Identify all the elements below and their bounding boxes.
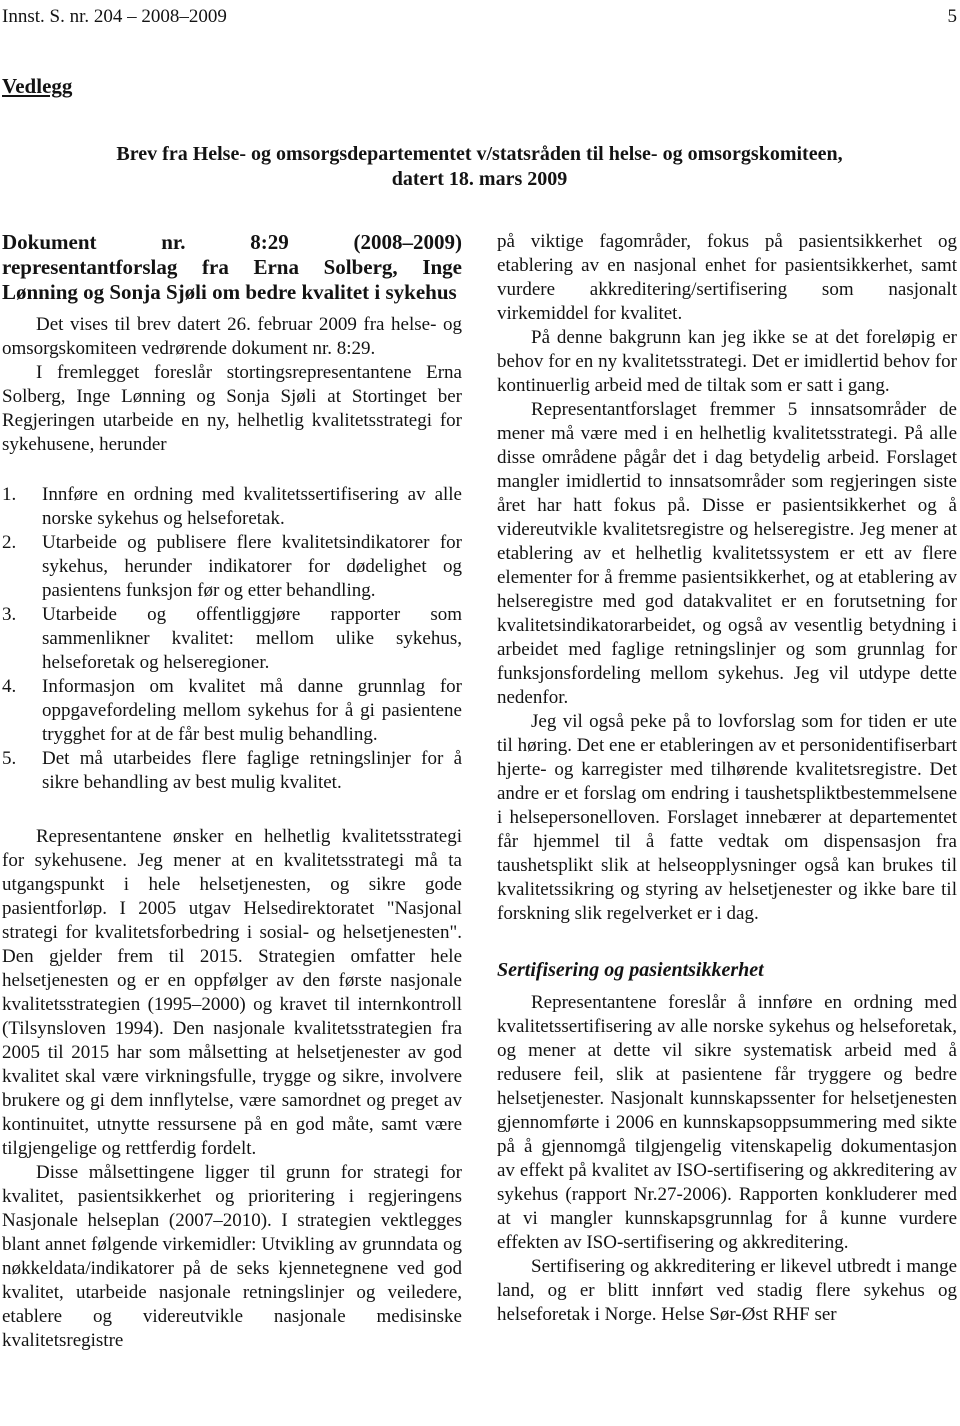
document-reference: Innst. S. nr. 204 – 2008–2009 [2,5,227,28]
item-number: 1. [2,483,42,531]
paragraph-sertifisering: Representantene foreslår å innføre en or… [497,991,957,1255]
paragraph-goals: Disse målsettingene ligger til grunn for… [2,1161,462,1353]
proposal-heading: Dokument nr. 8:29 (2008–2009) representa… [2,230,462,305]
item-text: Utarbeide og publisere flere kvalitetsin… [42,531,462,603]
list-item: 5. Det må utarbeides flere faglige retni… [2,747,462,795]
item-text: Informasjon om kvalitet må danne grunnla… [42,675,462,747]
document-page: Innst. S. nr. 204 – 2008–2009 5 Vedlegg … [0,0,960,1426]
section-heading-sertifisering: Sertifisering og pasientsikkerhet [497,958,957,982]
two-column-body: Dokument nr. 8:29 (2008–2009) representa… [2,230,957,1353]
item-number: 4. [2,675,42,747]
item-text: Det må utarbeides flere faglige retnings… [42,747,462,795]
item-number: 3. [2,603,42,675]
page-number: 5 [948,5,958,28]
paragraph-proposal: Representantforslaget fremmer 5 innsatso… [497,398,957,710]
list-item: 4. Informasjon om kvalitet må danne grun… [2,675,462,747]
list-item: 3. Utarbeide og offentliggjøre rapporter… [2,603,462,675]
item-text: Innføre en ordning med kvalitetssertifis… [42,483,462,531]
list-item: 1. Innføre en ordning med kvalitetsserti… [2,483,462,531]
running-header: Innst. S. nr. 204 – 2008–2009 5 [2,5,957,28]
item-text: Utarbeide og offentliggjøre rapporter so… [42,603,462,675]
paragraph-intro-2: I fremlegget foreslår stortingsrepresent… [2,361,462,457]
list-item: 2. Utarbeide og publisere flere kvalitet… [2,531,462,603]
paragraph-intro-1: Det vises til brev datert 26. februar 20… [2,313,462,361]
paragraph-strategy: Representantene ønsker en helhetlig kval… [2,825,462,1161]
item-number: 2. [2,531,42,603]
vedlegg-heading: Vedlegg [2,74,957,98]
numbered-list: 1. Innføre en ordning med kvalitetsserti… [2,483,462,795]
paragraph-background: På denne bakgrunn kan jeg ikke se at det… [497,326,957,398]
paragraph-utbredt: Sertifisering og akkreditering er likeve… [497,1255,957,1327]
paragraph-continuation: på viktige fagområder, fokus på pasients… [497,230,957,326]
letter-title-line-1: Brev fra Helse- og omsorgsdepartementet … [2,142,957,167]
left-column: Dokument nr. 8:29 (2008–2009) representa… [2,230,462,1353]
paragraph-lovforslag: Jeg vil også peke på to lovforslag som f… [497,710,957,926]
right-column: på viktige fagområder, fokus på pasients… [497,230,957,1353]
letter-title-line-2: datert 18. mars 2009 [2,167,957,192]
letter-title: Brev fra Helse- og omsorgsdepartementet … [2,142,957,192]
item-number: 5. [2,747,42,795]
